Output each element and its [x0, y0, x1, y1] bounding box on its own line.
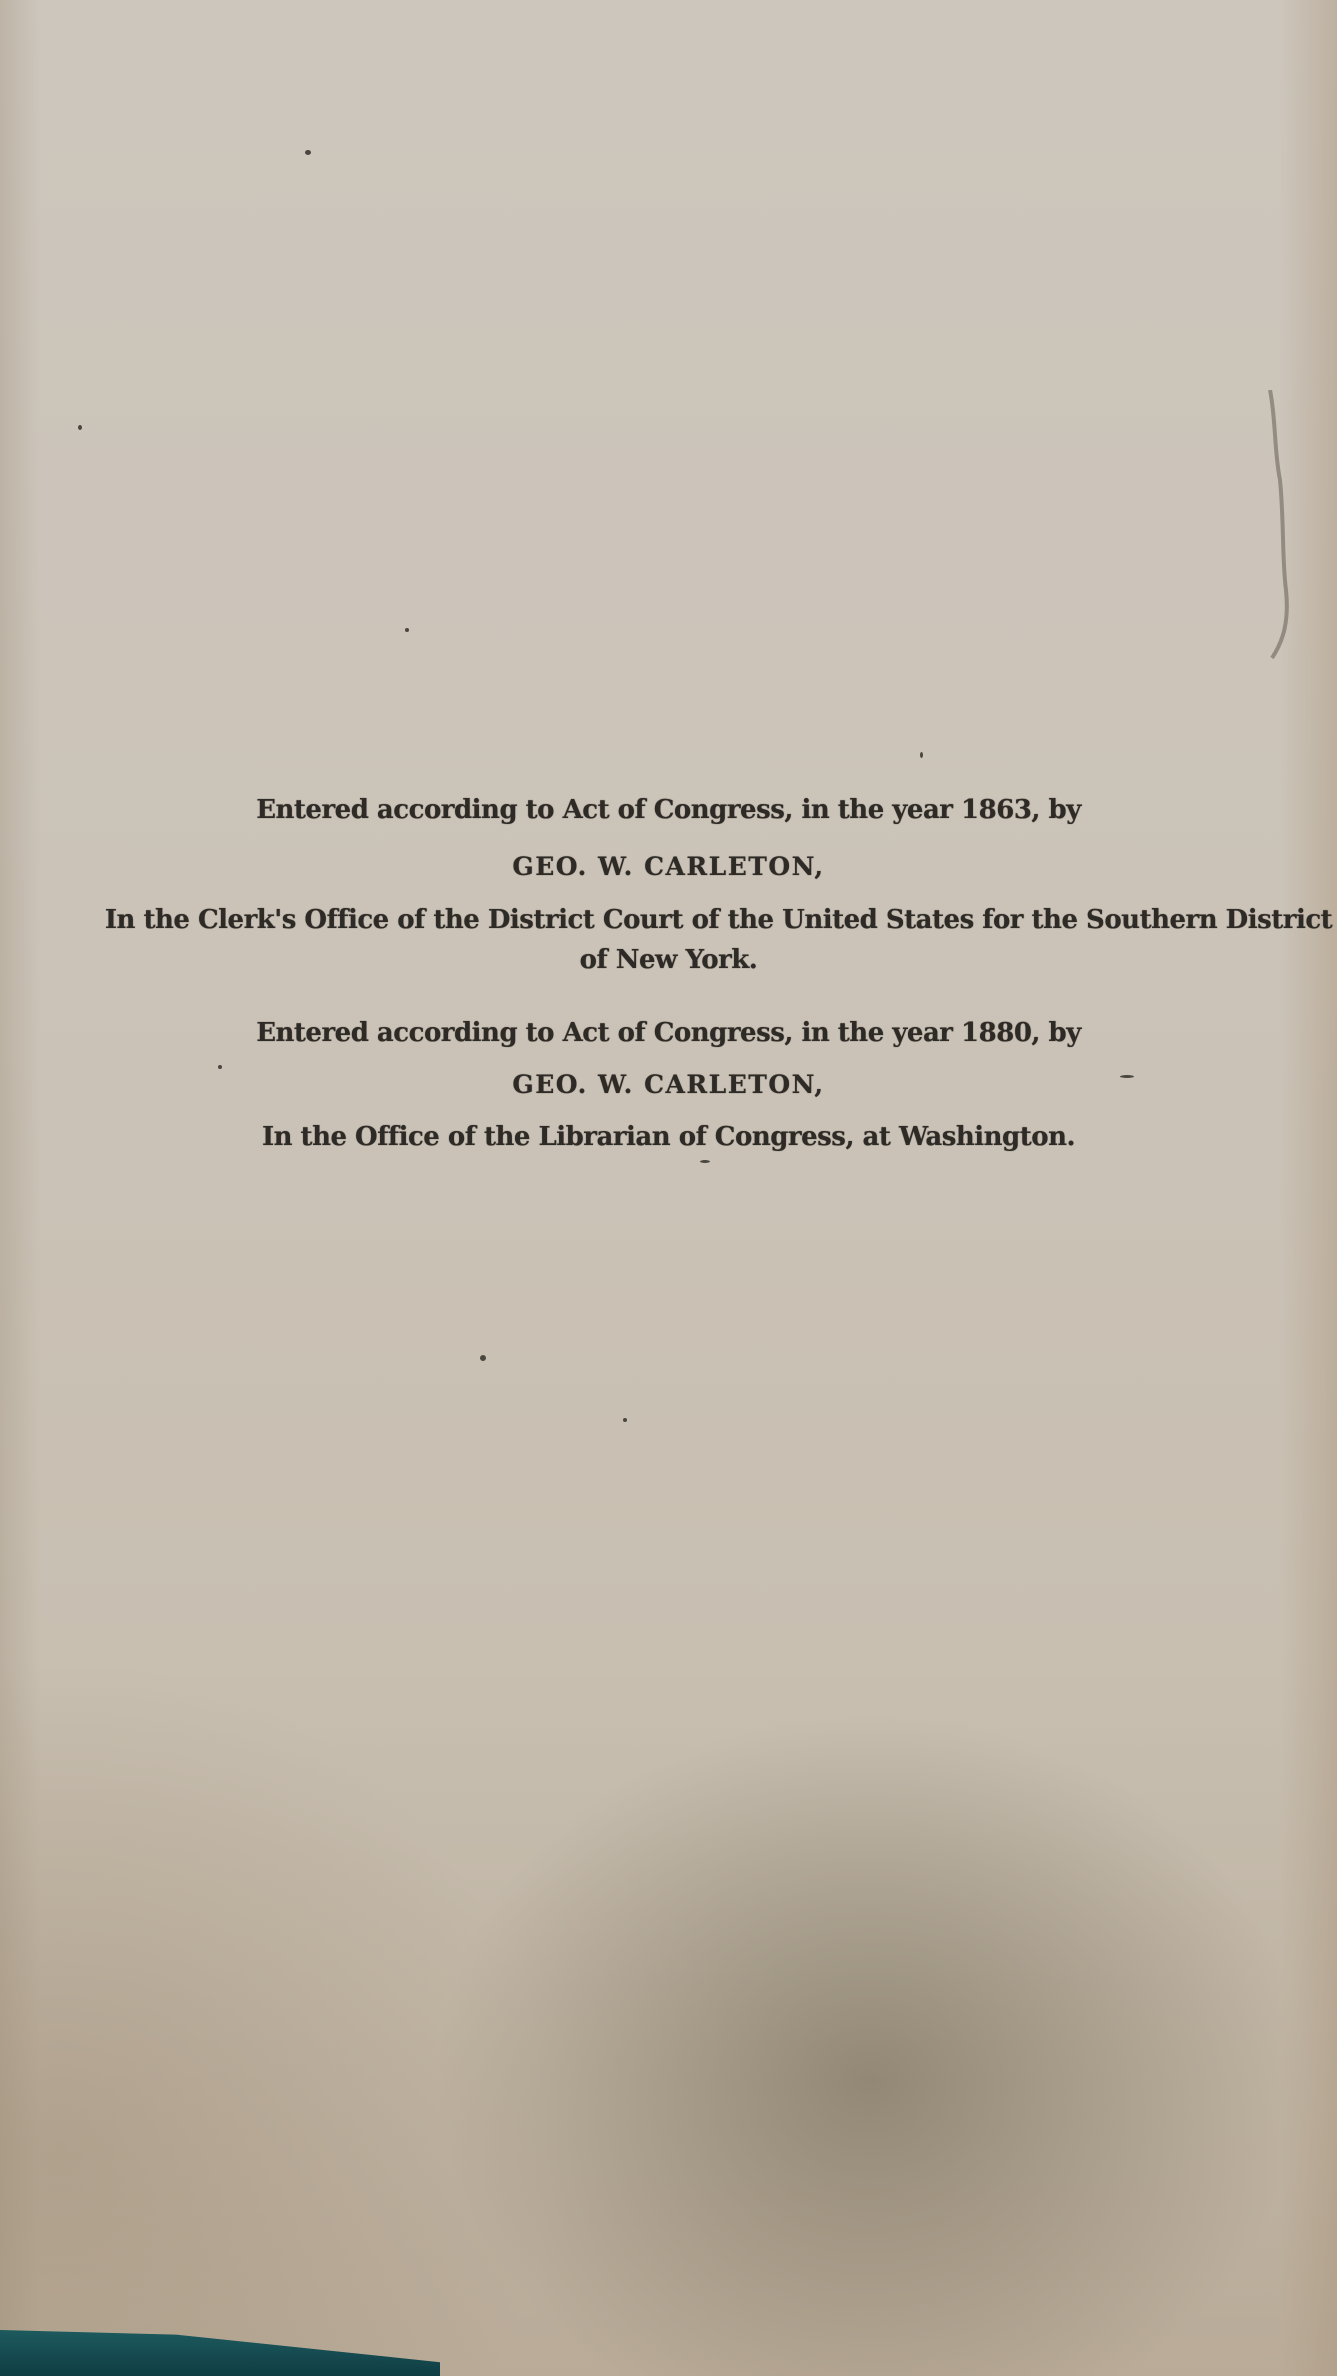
copyright-1863-office-line-2: of New York. [0, 945, 1337, 975]
book-page: Entered according to Act of Congress, in… [0, 0, 1337, 2376]
paper-speck [920, 752, 923, 758]
paper-speck [623, 1418, 627, 1422]
copyright-1880-office-line: In the Office of the Librarian of Congre… [0, 1122, 1337, 1152]
copyright-1863-entered-line: Entered according to Act of Congress, in… [0, 795, 1337, 825]
page-tear-mark [1262, 390, 1302, 660]
paper-speck [78, 425, 82, 430]
paper-speck [218, 1065, 222, 1069]
paper-speck [305, 150, 311, 155]
paper-speck [405, 628, 409, 632]
copyright-1863-name: GEO. W. CARLETON, [0, 852, 1337, 881]
copyright-1863-office-line-1: In the Clerk's Office of the District Co… [50, 905, 1337, 935]
book-cover-edge [0, 2330, 440, 2376]
paper-speck [700, 1160, 710, 1163]
copyright-1880-entered-line: Entered according to Act of Congress, in… [0, 1018, 1337, 1048]
paper-speck [480, 1355, 486, 1361]
copyright-1880-name: GEO. W. CARLETON, [0, 1070, 1337, 1099]
